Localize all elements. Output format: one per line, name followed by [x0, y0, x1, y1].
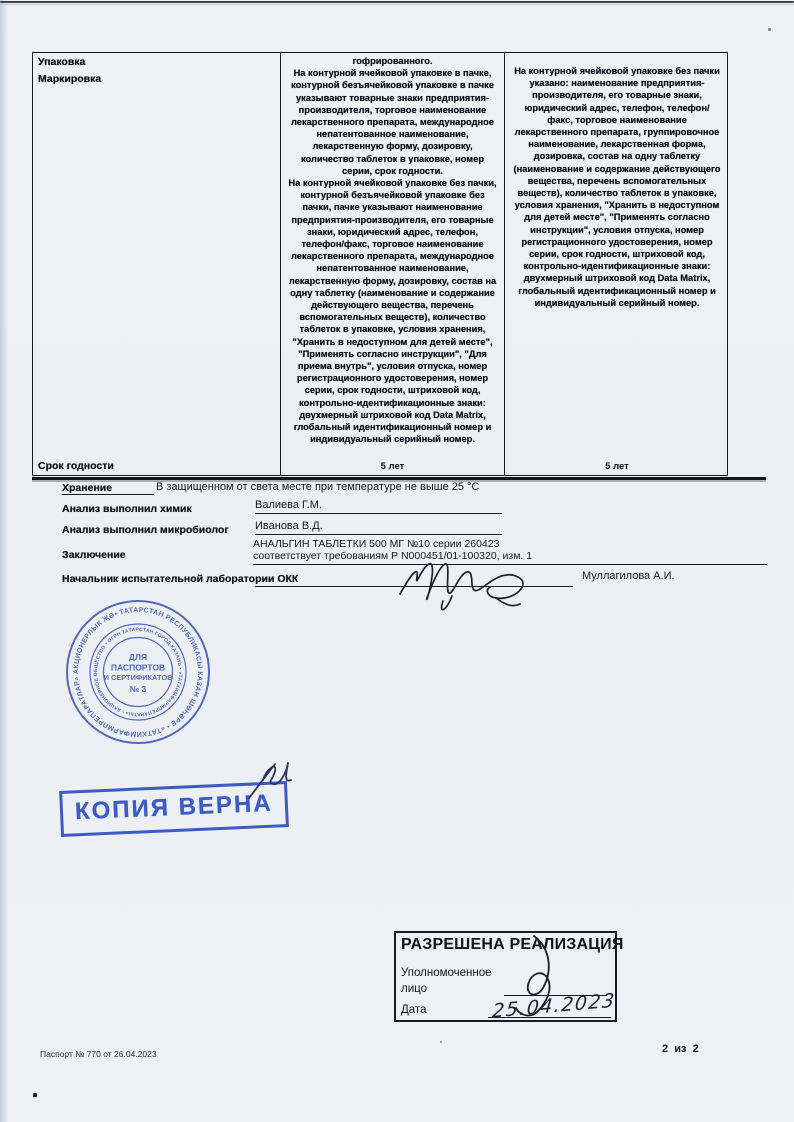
- release-signature: [492, 930, 572, 1022]
- row-label-packaging: Упаковка: [38, 56, 85, 68]
- stamp-center-line1: ДЛЯ: [129, 652, 147, 662]
- release-date-label: Дата: [401, 1004, 426, 1016]
- stamp-center-line3: И СЕРТИФИКАТОВ: [104, 673, 173, 682]
- conclusion-label: Заключение: [62, 549, 126, 561]
- release-person-label-1: Уполномоченное: [401, 967, 492, 979]
- scan-speck: [768, 28, 771, 31]
- microbiologist-label: Анализ выполнил микробиолог: [62, 524, 229, 536]
- round-stamp-for-passports: • ТАТАРСТАН РЕСПУБЛИКАСЫ КАЗАН ШӘҺӘРЕ • …: [63, 597, 213, 747]
- row-label-shelf-life: Срок годности: [38, 460, 114, 472]
- storage-value: В защищенном от света месте при температ…: [156, 481, 479, 493]
- scanned-passport-page: Упаковка Маркировка Срок годности гофрир…: [0, 0, 794, 1122]
- table-col-labels: Упаковка Маркировка Срок годности: [33, 53, 280, 475]
- scan-top-edge-2: [0, 4, 794, 5]
- scan-top-edge: [0, 1, 794, 3]
- release-person-label-2: лицо: [401, 983, 427, 995]
- handwritten-initials: [243, 750, 313, 805]
- lab-head-signature: [392, 546, 562, 621]
- pack-in-box-text: гофрированного. На контурной ячейковой у…: [281, 55, 504, 446]
- row-label-marking: Маркировка: [38, 73, 101, 85]
- shelf-life-value-col3: 5 лет: [505, 461, 729, 472]
- section-divider-line: [32, 477, 766, 480]
- pack-no-box-text: На контурной ячейковой упаковке без пачк…: [505, 65, 729, 309]
- shelf-life-value-col2: 5 лет: [281, 461, 504, 472]
- lab-head-name: Муллагилова А.И.: [582, 570, 675, 582]
- scan-speck: [33, 1093, 37, 1097]
- footer-passport-number: Паспорт № 770 от 26.04.2023: [40, 1049, 157, 1059]
- footer-page-number: 2 из 2: [662, 1043, 699, 1055]
- chemist-label: Анализ выполнил химик: [62, 503, 192, 515]
- scan-speck: [440, 1041, 442, 1043]
- stamp-center-line4: № 3: [130, 684, 147, 694]
- chemist-value: Валиева Г.М.: [255, 499, 502, 514]
- storage-label: Хранение: [62, 482, 154, 495]
- packaging-table: Упаковка Маркировка Срок годности гофрир…: [32, 52, 728, 476]
- stamp-center-line2: ПАСПОРТОВ: [111, 663, 165, 673]
- table-col-pack-no-box: На контурной ячейковой упаковке без пачк…: [504, 53, 729, 475]
- microbiologist-value: Иванова В.Д.: [255, 520, 502, 535]
- table-col-pack-in-box: гофрированного. На контурной ячейковой у…: [280, 53, 504, 475]
- scan-left-edge: [0, 0, 8, 1122]
- release-authorization-box: РАЗРЕШЕНА РЕАЛИЗАЦИЯ Уполномоченное лицо…: [394, 931, 617, 1022]
